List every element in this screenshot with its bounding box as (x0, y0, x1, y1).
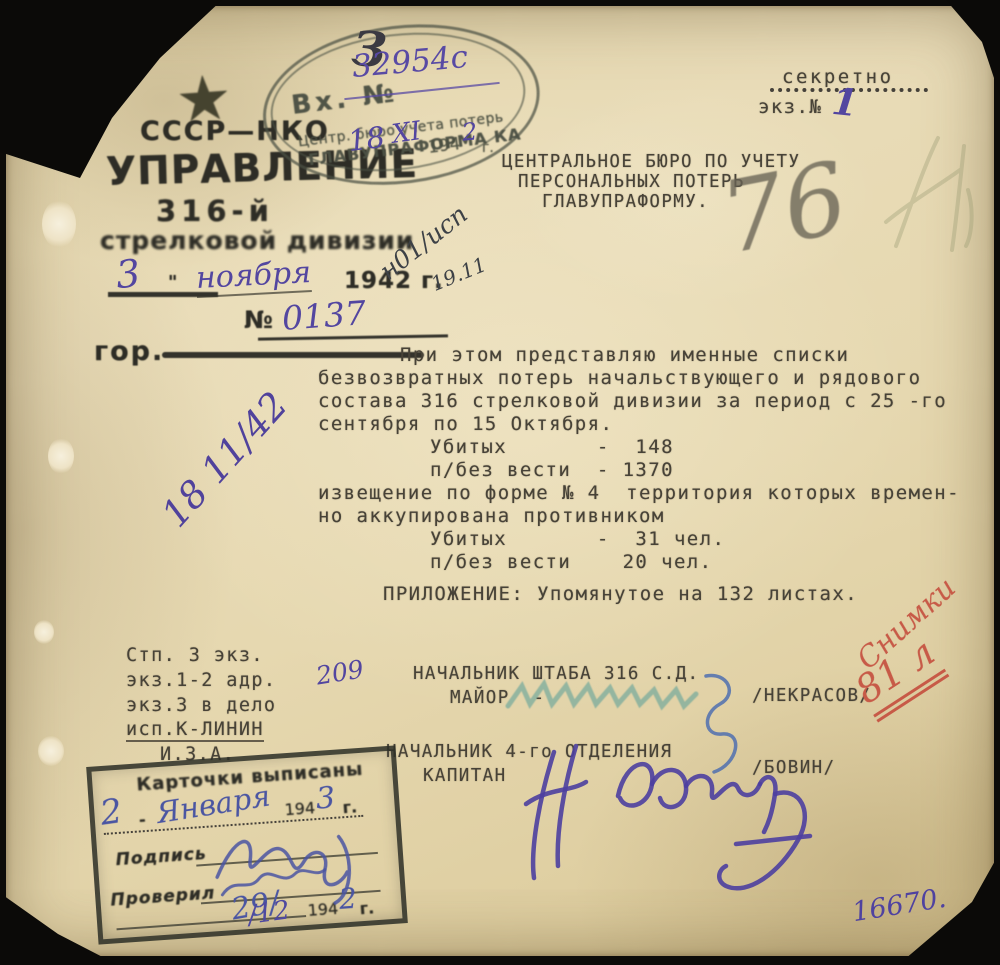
letterhead-date-quote: " (168, 272, 177, 293)
letterhead-number-value-handwritten: 0137 (281, 293, 368, 338)
distribution-addressee-line: экз.1-2 адр. (126, 670, 276, 691)
distribution-executor-line: исп.К-ЛИНИН (126, 719, 264, 742)
copy-number-value-handwritten: 1 (830, 79, 860, 125)
faint-pencil-scribble (876, 126, 994, 266)
casualties-killed-line: Убитых - 148 (430, 436, 674, 458)
distribution-file-copy-line: экз.3 в дело (126, 695, 276, 716)
letterhead-date-day-handwritten: 3 (114, 251, 143, 297)
entry-stamp-date-day: 18 (346, 120, 387, 158)
card-stamp-checked-label: Проверил (110, 883, 216, 910)
below-stamp-note: /12 (246, 895, 292, 931)
pencil-number-annotation: 76 (712, 141, 856, 277)
casualties-missing-line: п/без вести - 1370 (430, 459, 674, 481)
chief-of-staff-name: /НЕКРАСОВ/ (752, 686, 871, 706)
paper-tear-spot (38, 736, 64, 766)
card-stamp-check-year-suffix: г. (359, 898, 375, 918)
body-paragraph-line: сентября по 15 Октября. (318, 413, 613, 435)
casualties-killed-occupied-line: Убитых - 31 чел. (430, 528, 725, 550)
body-paragraph-line: При этом представляю именные списки (400, 344, 849, 366)
addressee-line3: ГЛАВУПРАФОРМУ. (542, 192, 709, 212)
letterhead-org-316: 316-й (156, 194, 274, 228)
copy-number-label: экз.№ (758, 96, 822, 118)
paper-tear-spot (48, 438, 74, 474)
entry-stamp-date-month: XI (390, 116, 423, 150)
entry-stamp-date-year-printed: 194 (427, 134, 462, 158)
casualties-missing-occupied-line: п/без вести 20 чел. (430, 551, 712, 573)
entry-stamp-date-year-handwritten: 2 (461, 117, 479, 146)
letterhead-number-label: № (244, 306, 273, 334)
distribution-copies-line: Стп. 3 экз. (126, 645, 264, 666)
entry-stamp-date-suffix: г. (482, 140, 494, 156)
letterhead-date-underline (108, 292, 218, 297)
card-stamp-day-handwritten: 2 (98, 791, 125, 834)
addressee-line2: ПЕРСОНАЛЬНЫХ ПОТЕРЬ (518, 172, 745, 192)
body-paragraph-line: безвозвратных потерь начальствующего и р… (318, 367, 921, 389)
occupied-territory-note-line1: извещение по форме № 4 территория которы… (318, 482, 960, 504)
card-stamp-signature-label: Подпись (115, 844, 207, 870)
bovin-signature-scribble (468, 726, 848, 911)
letterhead-city-label: гор. (94, 336, 164, 367)
document-photo: ★ СССР—НКО УПРАВЛЕНИЕ 316-й стрелковой д… (0, 0, 1000, 965)
card-stamp-dash: - (138, 810, 146, 829)
occupied-territory-note-line2: но аккупирована противником (318, 505, 665, 527)
letterhead-org-division: стрелковой дивизии (100, 226, 414, 255)
letterhead-city-line (162, 352, 424, 358)
body-paragraph-line: состава 316 стрелковой дивизии за период… (318, 390, 947, 412)
paper-tear-spot (42, 200, 76, 248)
paper-tear-spot (34, 620, 54, 644)
attachment-line: ПРИЛОЖЕНИЕ: Упомянутое на 132 листах. (383, 583, 858, 605)
card-index-stamp-box: Карточки выписаны 2 - Января 194 3 г. По… (86, 745, 408, 944)
